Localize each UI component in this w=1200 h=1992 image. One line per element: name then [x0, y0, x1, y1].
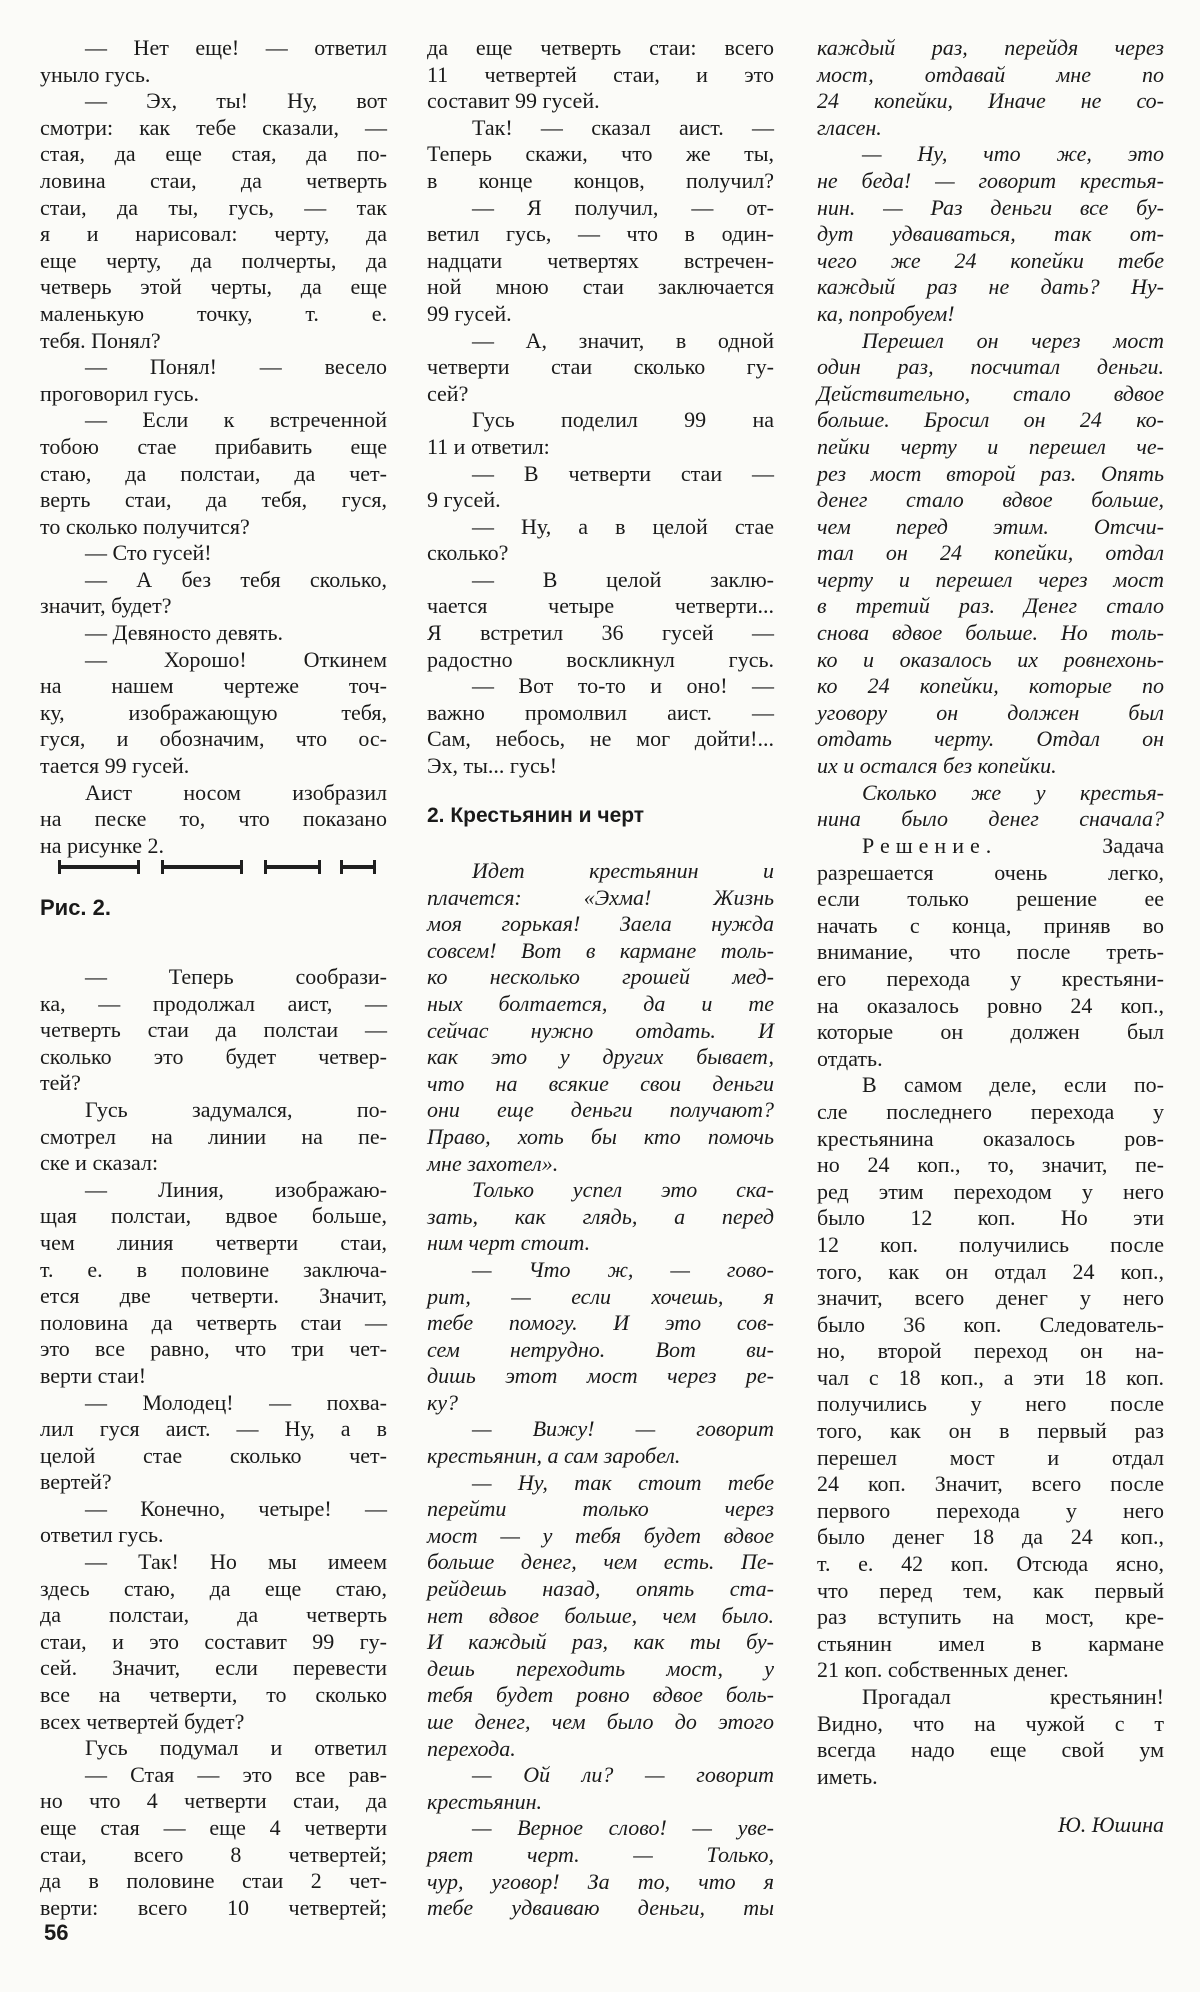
text-line: начать с конца, приняв во	[817, 913, 1164, 940]
text-line: каждый раз не дать? Ну-	[817, 274, 1164, 301]
text-line: дут удваиваться, так от-	[817, 221, 1164, 248]
text-line: В самом деле, если по-	[817, 1072, 1164, 1099]
text-line: — В целой заклю-	[427, 567, 774, 594]
text-line: важно промолвил аист. —	[427, 700, 774, 727]
text-line: — Что ж, — гово-	[427, 1257, 774, 1284]
solution-block: Решение. Задача разрешается очень легко,…	[817, 833, 1164, 1839]
text-line: ко 24 копейки, которые по	[817, 673, 1164, 700]
text-line: стьянин имел в кармане	[817, 1631, 1164, 1658]
text-line: сколько это будет четвер-	[40, 1044, 387, 1071]
text-line: иметь.	[817, 1764, 1164, 1791]
text-line: получились у него после	[817, 1391, 1164, 1418]
text-line: первого перехода у него	[817, 1498, 1164, 1525]
story-continuation: каждый раз, перейдя черезмост, отдавай м…	[817, 35, 1164, 833]
text-line: в конце концов, получил?	[427, 168, 774, 195]
text-line: это все равно, что три чет-	[40, 1336, 387, 1363]
text-line: тебя. Понял?	[40, 328, 387, 355]
text-line: больше. Бросил он 24 ко-	[817, 407, 1164, 434]
text-line: внимание, что после треть-	[817, 939, 1164, 966]
text-line: мне захотел».	[427, 1151, 774, 1178]
text-line: мост — у тебя будет вдвое	[427, 1523, 774, 1550]
text-line: — Молодец! — похва-	[40, 1390, 387, 1417]
text-line: сейчас нужно отдать. И	[427, 1018, 774, 1045]
text-line: больше денег, чем есть. Пе-	[427, 1549, 774, 1576]
section-title: 2. Крестьянин и черт	[427, 803, 774, 830]
text-line: Эх, ты... гусь!	[427, 753, 774, 780]
text-line: еще стая — еще 4 четверти	[40, 1815, 387, 1842]
text-line: крестьянина оказалось ров-	[817, 1126, 1164, 1153]
text-line: Аист носом изобразил	[40, 780, 387, 807]
author-signature: Ю. Юшина	[817, 1812, 1164, 1839]
text-line: — Хорошо! Откинем	[40, 647, 387, 674]
text-line: — А без тебя сколько,	[40, 567, 387, 594]
text-line: сем нетрудно. Вот ви-	[427, 1337, 774, 1364]
column-1: — Нет еще! — ответилуныло гусь.— Эх, ты!…	[40, 35, 387, 859]
text-line: Только успел это ска-	[427, 1177, 774, 1204]
text-line: верти стаи!	[40, 1363, 387, 1390]
segment-half-flock	[264, 865, 321, 869]
text-line: чем линия четверти стаи,	[40, 1230, 387, 1257]
segment-flock-1	[58, 865, 140, 869]
text-line: его перехода у крестьяни-	[817, 966, 1164, 993]
text-line: тал он 24 копейки, отдал	[817, 540, 1164, 567]
text-line: в третий раз. Денег стало	[817, 593, 1164, 620]
text-line: каждый раз, перейдя через	[817, 35, 1164, 62]
text-line: Видно, что на чужой с т	[817, 1711, 1164, 1738]
text-line: зать, как глядь, а перед	[427, 1204, 774, 1231]
text-line: было денег 18 да 24 коп.,	[817, 1524, 1164, 1551]
text-line: 12 коп. получились после	[817, 1232, 1164, 1259]
text-line: рит, — если хочешь, я	[427, 1284, 774, 1311]
text-line: да еще четверть стаи: всего	[427, 35, 774, 62]
text-line: ку?	[427, 1390, 774, 1417]
text-line: чур, уговор! За то, что я	[427, 1869, 774, 1896]
text-line: да в половине стаи 2 чет-	[40, 1868, 387, 1895]
text-line: нина было денег сначала?	[817, 806, 1164, 833]
dialogue-block-quarters: — Теперь сообрази-ка, — продолжал аист, …	[40, 964, 387, 1921]
text-line: — Линия, изображаю-	[40, 1177, 387, 1204]
text-line: нин. — Раз деньги все бу-	[817, 195, 1164, 222]
text-line: дешь переходить мост, у	[427, 1656, 774, 1683]
text-line: ветил гусь, — что в один-	[427, 221, 774, 248]
text-line: но, второй переход он на-	[817, 1338, 1164, 1365]
text-line: крестьянин.	[427, 1789, 774, 1816]
text-line: т. е. в половине заключа-	[40, 1257, 387, 1284]
text-line: снова вдвое больше. Но толь-	[817, 620, 1164, 647]
text-line: Перешел он через мост	[817, 328, 1164, 355]
text-line: было 12 коп. Но эти	[817, 1205, 1164, 1232]
text-line: рез мост второй раз. Опять	[817, 461, 1164, 488]
text-line: ка, — продолжал аист, —	[40, 991, 387, 1018]
text-line: — Ой ли? — говорит	[427, 1762, 774, 1789]
solution-first-words: Задача	[1102, 833, 1164, 858]
text-line: они еще деньги получают?	[427, 1097, 774, 1124]
text-line: ряет черт. — Только,	[427, 1842, 774, 1869]
text-line: ко и оказалось их ровнехонь-	[817, 647, 1164, 674]
text-line: но что 4 четверти стаи, да	[40, 1788, 387, 1815]
text-line: — В четверти стаи —	[427, 461, 774, 488]
text-line: ше денег, чем было до этого	[427, 1709, 774, 1736]
text-line: чего же 24 копейки тебе	[817, 248, 1164, 275]
text-line: один раз, посчитал деньги.	[817, 354, 1164, 381]
text-line: денег стало вдвое больше,	[817, 487, 1164, 514]
text-line: — Нет еще! — ответил	[40, 35, 387, 62]
text-line: смотрел на линии на пе-	[40, 1124, 387, 1151]
text-line: значит, будет?	[40, 593, 387, 620]
text-line: — Если к встреченной	[40, 407, 387, 434]
text-line: Сам, небось, не мог дойти!...	[427, 726, 774, 753]
text-line: здесь стаю, да еще стаю,	[40, 1576, 387, 1603]
text-line: лил гуся аист. — Ну, а в	[40, 1416, 387, 1443]
text-line: ку, изображающую тебя,	[40, 700, 387, 727]
text-line: чал с 18 коп., а эти 18 коп.	[817, 1365, 1164, 1392]
text-line: сей. Значит, если перевести	[40, 1655, 387, 1682]
text-line: было 36 коп. Следователь-	[817, 1312, 1164, 1339]
text-line: сле последнего перехода у	[817, 1099, 1164, 1126]
text-line: отдать черту. Отдал он	[817, 726, 1164, 753]
text-line: всегда надо еще свой ум	[817, 1737, 1164, 1764]
text-line: — Так! Но мы имеем	[40, 1549, 387, 1576]
text-line: ной мною стаи заключается	[427, 274, 774, 301]
text-line: все на четверти, то сколько	[40, 1682, 387, 1709]
text-line: 11 и ответил:	[427, 434, 774, 461]
text-line: верти: всего 10 четвертей;	[40, 1895, 387, 1922]
text-line: составит 99 гусей.	[427, 88, 774, 115]
text-line: отдать.	[817, 1046, 1164, 1073]
text-line: ется две четверти. Значит,	[40, 1283, 387, 1310]
text-line: Идет крестьянин и	[427, 858, 774, 885]
text-line: рейдешь назад, опять ста-	[427, 1576, 774, 1603]
column-3: каждый раз, перейдя черезмост, отдавай м…	[817, 35, 1164, 833]
column-1-continued: — Теперь сообрази-ка, — продолжал аист, …	[40, 964, 387, 1921]
text-line: на нашем чертеже точ-	[40, 673, 387, 700]
solution-text: разрешается очень легко,если только реше…	[817, 860, 1164, 1791]
text-line: Гусь подумал и ответил	[40, 1735, 387, 1762]
text-line: не беда! — говорит крестья-	[817, 168, 1164, 195]
text-line: стаю, да полстаи, да чет-	[40, 461, 387, 488]
text-line: уныло гусь.	[40, 62, 387, 89]
text-line: тебе помогу. И это сов-	[427, 1310, 774, 1337]
text-line: — Эх, ты! Ну, вот	[40, 88, 387, 115]
story-peasant-and-devil: Идет крестьянин иплачется: «Эхма! Жизньм…	[427, 858, 774, 1922]
text-line: сей?	[427, 381, 774, 408]
text-line: — Верное слово! — уве-	[427, 1815, 774, 1842]
solution-first-line: Решение. Задача	[817, 833, 1164, 860]
text-line: крестьянин, а сам заробел.	[427, 1443, 774, 1470]
text-line: раз вступить на мост, кре-	[817, 1604, 1164, 1631]
text-line: перейти только через	[427, 1496, 774, 1523]
text-line: — Я получил, — от-	[427, 195, 774, 222]
text-line: мост, отдавай мне по	[817, 62, 1164, 89]
text-line: разрешается очень легко,	[817, 860, 1164, 887]
text-line: гуся, и обозначим, что ос-	[40, 726, 387, 753]
text-line: — Девяносто девять.	[40, 620, 387, 647]
text-line: четверть стаи да полстаи —	[40, 1017, 387, 1044]
text-line: пейки черту и перешел че-	[817, 434, 1164, 461]
text-line: стаи, да ты, гусь, — так	[40, 195, 387, 222]
text-line: что на всякие свои деньги	[427, 1071, 774, 1098]
text-line: радостно воскликнул гусь.	[427, 647, 774, 674]
text-line: Я встретил 36 гусей —	[427, 620, 774, 647]
text-line: верть стаи, да тебя, гуся,	[40, 487, 387, 514]
text-line: тобою стае прибавить еще	[40, 434, 387, 461]
page-number: 56	[44, 1920, 68, 1946]
column-2-story: Идет крестьянин иплачется: «Эхма! Жизньм…	[427, 858, 774, 1922]
text-line: дишь этот мост через ре-	[427, 1363, 774, 1390]
text-line: стая, да еще стая, да по-	[40, 141, 387, 168]
text-line: того, как он в первый раз	[817, 1418, 1164, 1445]
text-line: я и нарисовал: черту, да	[40, 221, 387, 248]
text-line: что перед тем, как первый	[817, 1578, 1164, 1605]
text-line: — Конечно, четыре! —	[40, 1496, 387, 1523]
text-line: как это у других бывает,	[427, 1044, 774, 1071]
text-line: тебе удваиваю деньги, ты	[427, 1895, 774, 1922]
text-line: — Ну, так стоит тебе	[427, 1470, 774, 1497]
text-line: Теперь скажи, что же ты,	[427, 141, 774, 168]
text-line: да полстаи, да четверть	[40, 1602, 387, 1629]
segment-flock-2	[161, 865, 243, 869]
text-line: ко несколько грошей мед-	[427, 964, 774, 991]
text-line: — Ну, а в целой стае	[427, 514, 774, 541]
text-line: 11 четвертей стаи, и это	[427, 62, 774, 89]
text-line: ка, попробуем!	[817, 301, 1164, 328]
text-line: всех четвертей будет?	[40, 1709, 387, 1736]
figure-caption: Рис. 2.	[40, 895, 111, 921]
text-line: ред этим переходом у него	[817, 1179, 1164, 1206]
text-line: нет вдвое больше, чем было.	[427, 1603, 774, 1630]
text-line: Сколько же у крестья-	[817, 780, 1164, 807]
text-line: Гусь задумался, по-	[40, 1097, 387, 1124]
figure-2-line-segments	[55, 853, 375, 883]
text-line: если только решение ее	[817, 886, 1164, 913]
text-line: 9 гусей.	[427, 487, 774, 514]
text-line: — Стая — это все рав-	[40, 1762, 387, 1789]
text-line: щая полстаи, вдвое больше,	[40, 1203, 387, 1230]
text-line: ловина стаи, да четверть	[40, 168, 387, 195]
text-line: четверь этой черты, да еще	[40, 274, 387, 301]
text-line: Прогадал крестьянин!	[817, 1684, 1164, 1711]
text-line: плачется: «Эхма! Жизнь	[427, 885, 774, 912]
text-line: Гусь поделил 99 на	[427, 407, 774, 434]
solution-label: Решение.	[862, 833, 997, 858]
text-line: 24 копейки, Иначе не со-	[817, 88, 1164, 115]
text-line: то сколько получится?	[40, 514, 387, 541]
text-line: — А, значит, в одной	[427, 328, 774, 355]
text-line: перешел мост и отдал	[817, 1445, 1164, 1472]
text-line: совсем! Вот в кармане толь-	[427, 938, 774, 965]
text-line: Действительно, стало вдвое	[817, 381, 1164, 408]
text-line: — Понял! — весело	[40, 354, 387, 381]
segment-quarter-flock	[340, 865, 376, 869]
text-line: ных болтается, да и те	[427, 991, 774, 1018]
text-line: но 24 коп., то, значит, пе-	[817, 1152, 1164, 1179]
text-line: — Ну, что же, это	[817, 141, 1164, 168]
text-line: сколько?	[427, 540, 774, 567]
text-line: на песке то, что показано	[40, 806, 387, 833]
text-line: того, как он отдал 24 коп.,	[817, 1259, 1164, 1286]
section-2-header: 2. Крестьянин и черт	[427, 803, 774, 830]
text-line: Так! — сказал аист. —	[427, 115, 774, 142]
text-line: маленькую точку, т. е.	[40, 301, 387, 328]
text-line: тей?	[40, 1070, 387, 1097]
text-line: стаи, всего 8 четвертей;	[40, 1842, 387, 1869]
text-line: — Теперь сообрази-	[40, 964, 387, 991]
text-line: проговорил гусь.	[40, 381, 387, 408]
dialogue-block-conclusion: да еще четверть стаи: всего11 четвертей …	[427, 35, 774, 780]
text-line: вертей?	[40, 1469, 387, 1496]
text-line: 24 коп. Значит, всего после	[817, 1471, 1164, 1498]
text-line: гласен.	[817, 115, 1164, 142]
text-line: т. е. 42 коп. Отсюда ясно,	[817, 1551, 1164, 1578]
text-line: тебя будет ровно вдвое боль-	[427, 1682, 774, 1709]
text-line: смотри: как тебе сказали, —	[40, 115, 387, 142]
text-line: черту и перешел через мост	[817, 567, 1164, 594]
text-line: их и остался без копейки.	[817, 753, 1164, 780]
text-line: И каждый раз, как ты бу-	[427, 1629, 774, 1656]
text-line: которые он должен был	[817, 1019, 1164, 1046]
text-line: целой стае сколько чет-	[40, 1443, 387, 1470]
text-line: на оказалось ровно 24 коп.,	[817, 993, 1164, 1020]
text-line: ним черт стоит.	[427, 1230, 774, 1257]
text-line: 99 гусей.	[427, 301, 774, 328]
text-line: Право, хоть бы кто помочь	[427, 1124, 774, 1151]
text-line: четверти стаи сколько гу-	[427, 354, 774, 381]
text-line: еще черту, да полчерты, да	[40, 248, 387, 275]
text-line: тается 99 гусей.	[40, 753, 387, 780]
text-line: надцати четвертях встречен-	[427, 248, 774, 275]
dialogue-block-stork-and-goose: — Нет еще! — ответилуныло гусь.— Эх, ты!…	[40, 35, 387, 859]
text-line: перехода.	[427, 1736, 774, 1763]
text-line: чается четыре четверти...	[427, 593, 774, 620]
text-line: — Вижу! — говорит	[427, 1416, 774, 1443]
text-line: половина да четверть стаи —	[40, 1310, 387, 1337]
column-2: да еще четверть стаи: всего11 четвертей …	[427, 35, 774, 780]
text-line: — Сто гусей!	[40, 540, 387, 567]
text-line: ответил гусь.	[40, 1522, 387, 1549]
text-line: ске и сказал:	[40, 1150, 387, 1177]
text-line: значит, всего денег у него	[817, 1285, 1164, 1312]
text-line: моя горькая! Заела нужда	[427, 911, 774, 938]
text-line: — Вот то-то и оно! —	[427, 673, 774, 700]
text-line: чем перед этим. Отсчи-	[817, 514, 1164, 541]
text-line: 21 коп. собственных денег.	[817, 1657, 1164, 1684]
text-line: стаи, и это составит 99 гу-	[40, 1629, 387, 1656]
text-line: уговору он должен был	[817, 700, 1164, 727]
